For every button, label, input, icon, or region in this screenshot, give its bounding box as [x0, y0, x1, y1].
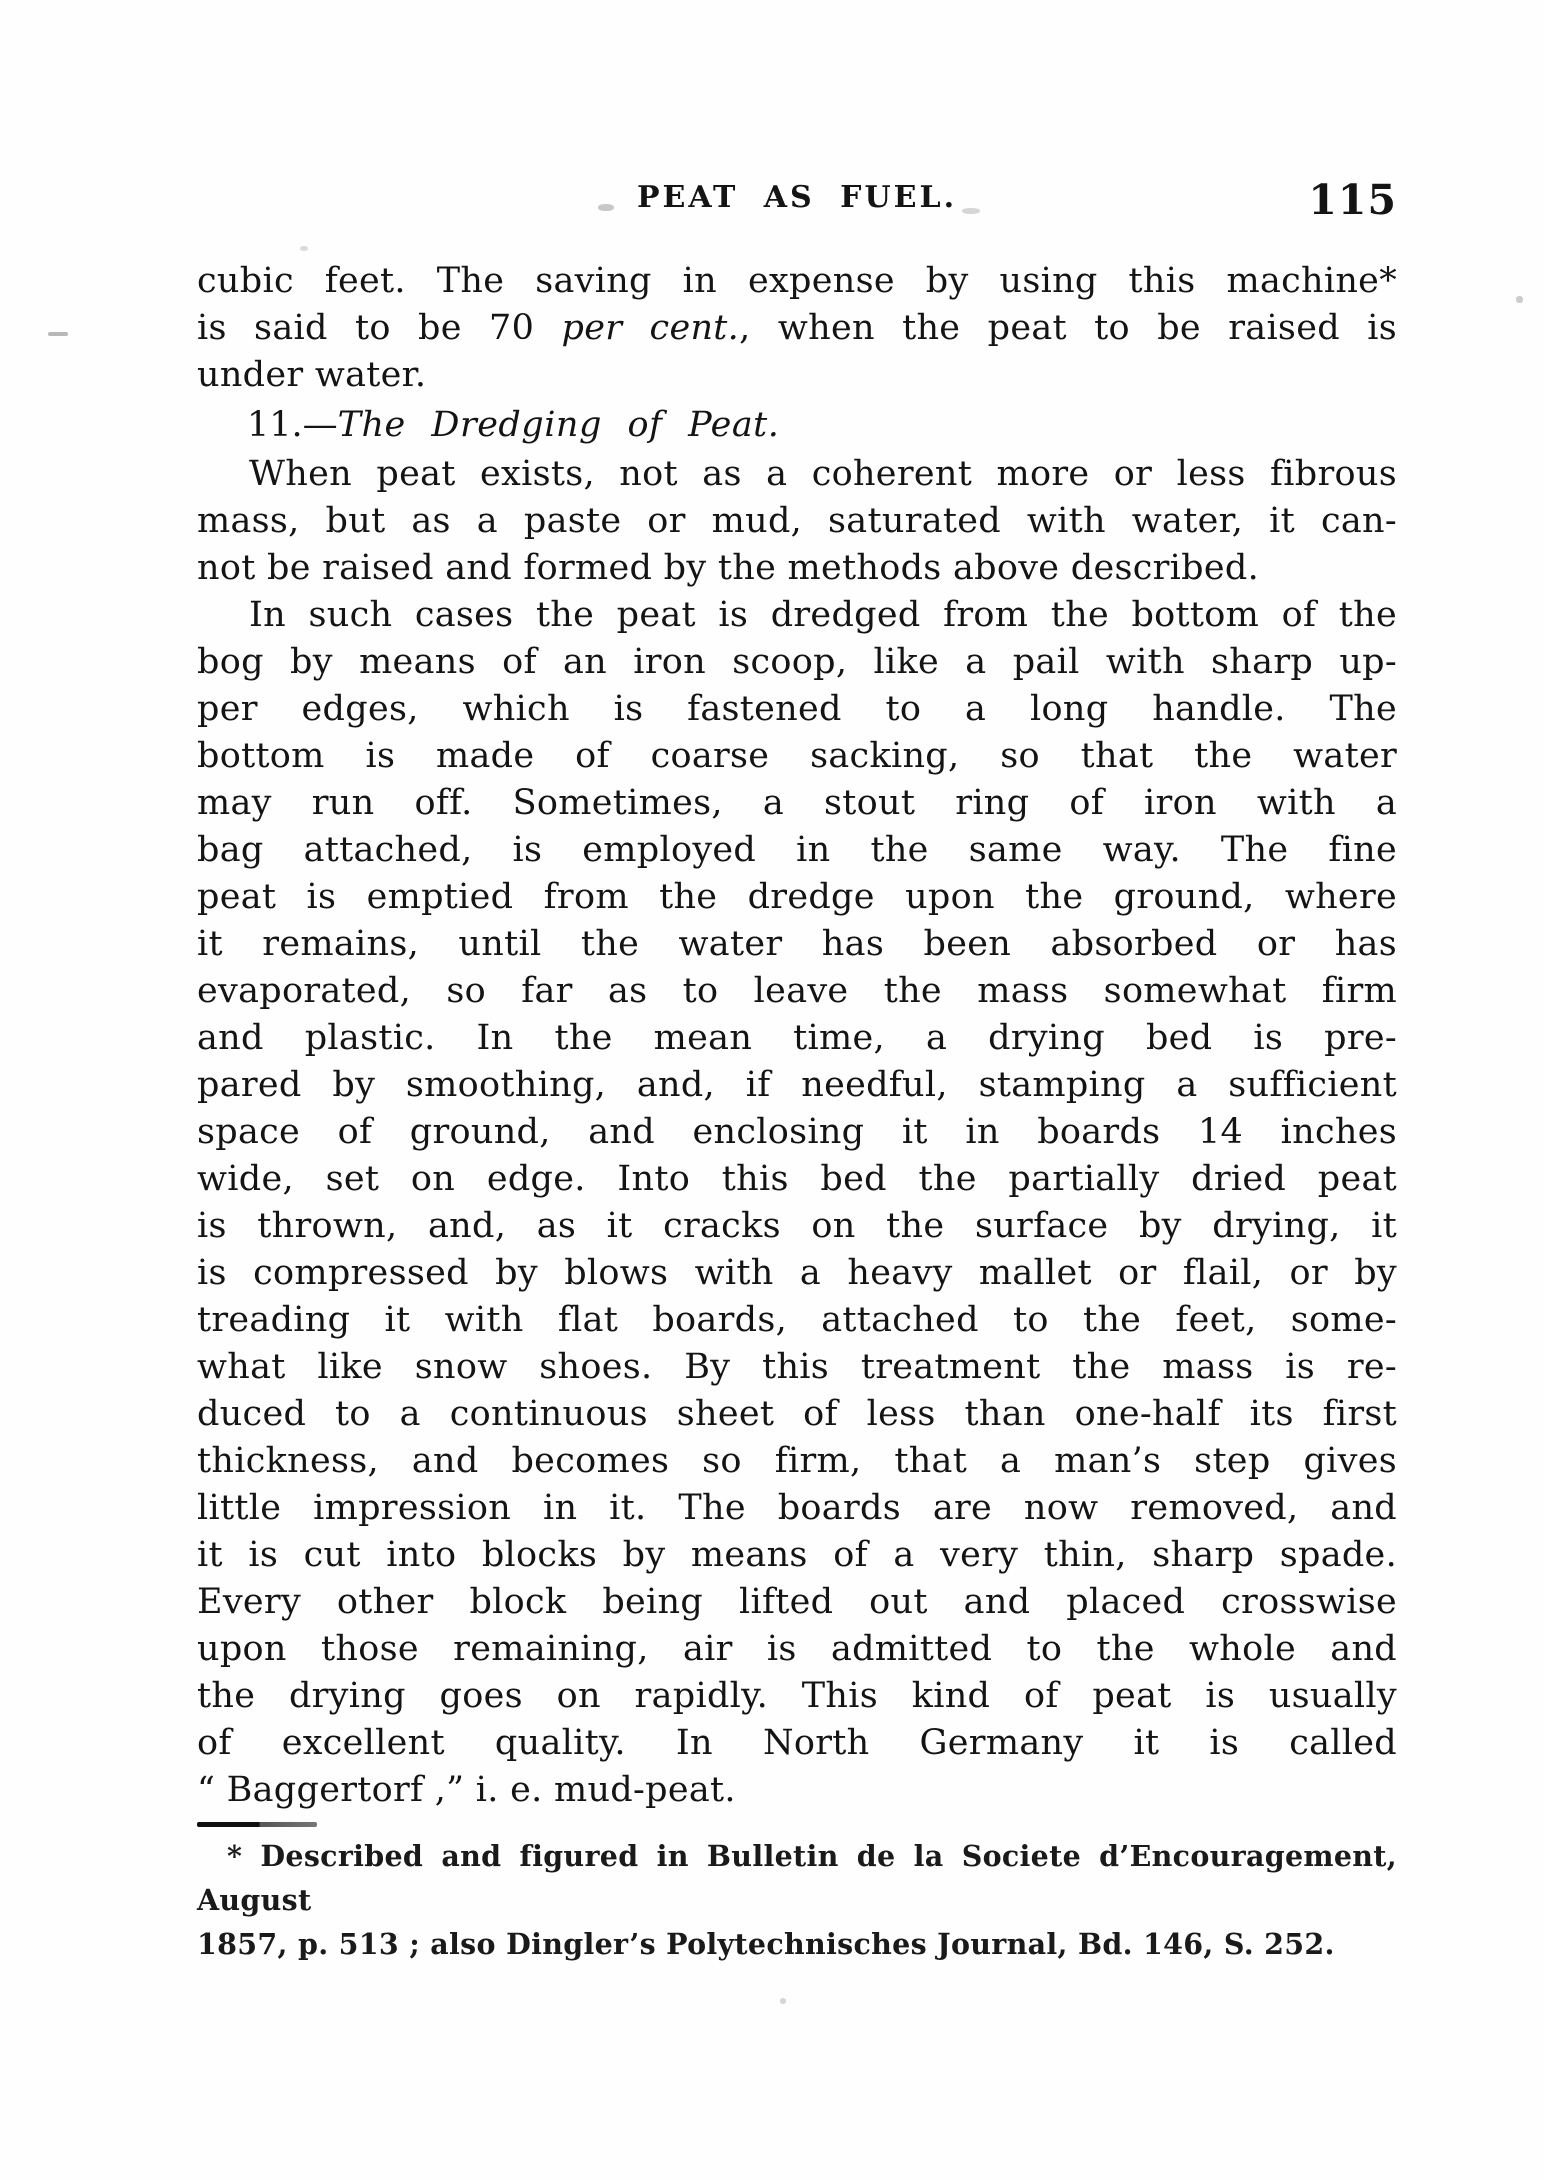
body-line: is thrown, and, as it cracks on the surf… — [197, 1203, 1397, 1250]
footnote-line: * Described and figured in Bulletin de l… — [197, 1834, 1397, 1922]
text-segment-italic: per cent. — [562, 308, 740, 348]
body-line: is compressed by blows with a heavy mall… — [197, 1250, 1397, 1297]
body-line: upon those remaining, air is admitted to… — [197, 1626, 1397, 1673]
body-line: the drying goes on rapidly. This kind of… — [197, 1673, 1397, 1720]
body-line: bog by means of an iron scoop, like a pa… — [197, 639, 1397, 686]
body-line: In such cases the peat is dredged from t… — [197, 592, 1397, 639]
body-line: duced to a continuous sheet of less than… — [197, 1391, 1397, 1438]
body-line: wide, set on edge. Into this bed the par… — [197, 1156, 1397, 1203]
scan-speck — [1516, 296, 1523, 303]
scan-speck — [598, 204, 614, 211]
book-page: PEAT AS FUEL. 115 cubic feet. The saving… — [0, 0, 1544, 2180]
body-line: little impression in it. The boards are … — [197, 1485, 1397, 1532]
body-line: thickness, and becomes so firm, that a m… — [197, 1438, 1397, 1485]
page-number: 115 — [1308, 174, 1397, 226]
scan-speck — [780, 1998, 786, 2004]
text-block: cubic feet. The saving in expense by usi… — [197, 258, 1397, 1814]
body-line: Every other block being lifted out and p… — [197, 1579, 1397, 1626]
body-line: bottom is made of coarse sacking, so tha… — [197, 733, 1397, 780]
body-line: When peat exists, not as a coherent more… — [197, 451, 1397, 498]
body-line: it is cut into blocks by means of a very… — [197, 1532, 1397, 1579]
body-line: is said to be 70 per cent., when the pea… — [197, 305, 1397, 352]
body-line: it remains, until the water has been abs… — [197, 921, 1397, 968]
body-line: not be raised and formed by the methods … — [197, 545, 1397, 592]
body-line: mass, but as a paste or mud, saturated w… — [197, 498, 1397, 545]
body-line: under water. — [197, 352, 1397, 399]
body-line: what like snow shoes. By this treatment … — [197, 1344, 1397, 1391]
page-header: PEAT AS FUEL. 115 — [197, 172, 1397, 224]
scan-speck — [48, 332, 68, 336]
footnote: * Described and figured in Bulletin de l… — [197, 1834, 1397, 1966]
body-line: may run off. Sometimes, a stout ring of … — [197, 780, 1397, 827]
body-line: bag attached, is employed in the same wa… — [197, 827, 1397, 874]
section-number: 11.— — [247, 405, 338, 445]
footnote-rule — [197, 1822, 317, 1827]
body-line: “ Baggertorf ,” i. e. mud-peat. — [197, 1767, 1397, 1814]
body-line: space of ground, and enclosing it in boa… — [197, 1109, 1397, 1156]
body-line: peat is emptied from the dredge upon the… — [197, 874, 1397, 921]
section-title: The Dredging of Peat. — [338, 405, 780, 445]
text-segment: is said to be 70 — [197, 308, 562, 348]
running-title: PEAT AS FUEL. — [197, 172, 1397, 224]
body-line: treading it with flat boards, attached t… — [197, 1297, 1397, 1344]
body-line: evaporated, so far as to leave the mass … — [197, 968, 1397, 1015]
body-line: pared by smoothing, and, if needful, sta… — [197, 1062, 1397, 1109]
text-segment: , when the peat to be raised is — [739, 308, 1397, 348]
body-line: per edges, which is fastened to a long h… — [197, 686, 1397, 733]
body-line: and plastic. In the mean time, a drying … — [197, 1015, 1397, 1062]
scan-speck — [300, 246, 308, 251]
footnote-line: 1857, p. 513 ; also Dingler’s Polytechni… — [197, 1922, 1397, 1966]
scan-speck — [962, 208, 980, 214]
body-line: of excellent quality. In North Germany i… — [197, 1720, 1397, 1767]
section-heading: 11.—The Dredging of Peat. — [197, 402, 1397, 449]
body-line: cubic feet. The saving in expense by usi… — [197, 258, 1397, 305]
